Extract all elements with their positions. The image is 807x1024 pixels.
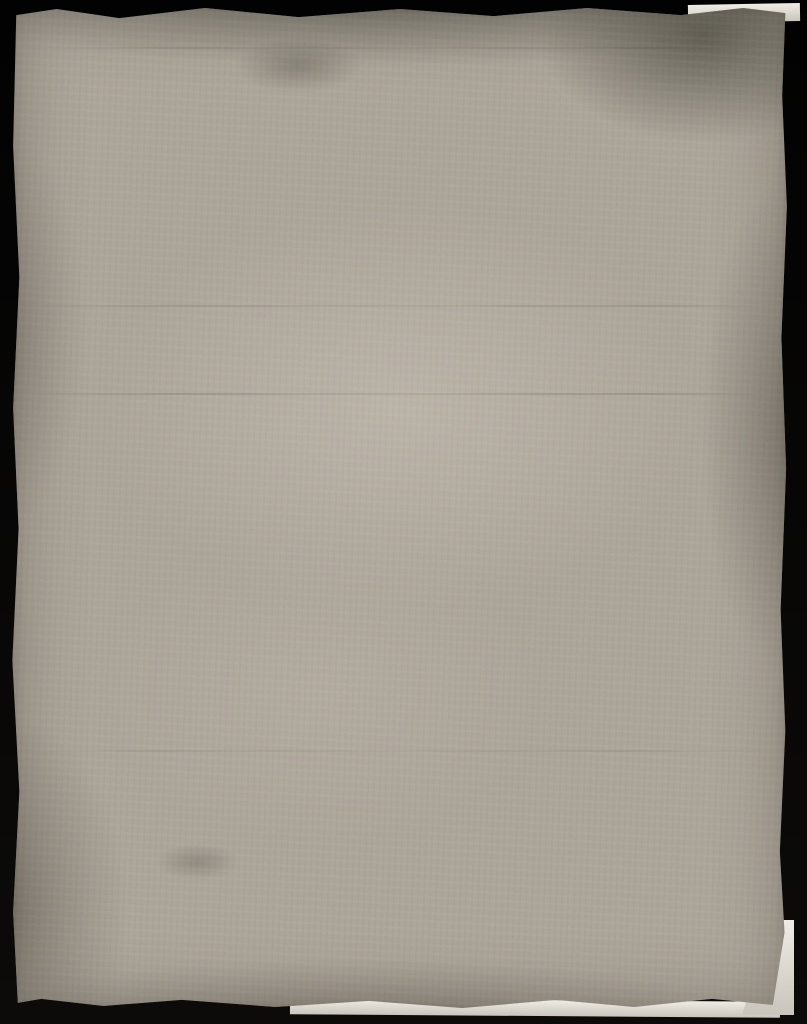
edge-vignette: [10, 5, 790, 1013]
paper-texture: [10, 5, 790, 1013]
fold-crease: [26, 750, 775, 752]
fold-crease: [26, 47, 775, 49]
manuscript-photo: 32 Maistre Almoner I receyved yor lre by…: [0, 0, 807, 1024]
fold-crease: [26, 305, 775, 307]
manuscript-page: [10, 5, 790, 1013]
fold-crease: [26, 393, 775, 395]
